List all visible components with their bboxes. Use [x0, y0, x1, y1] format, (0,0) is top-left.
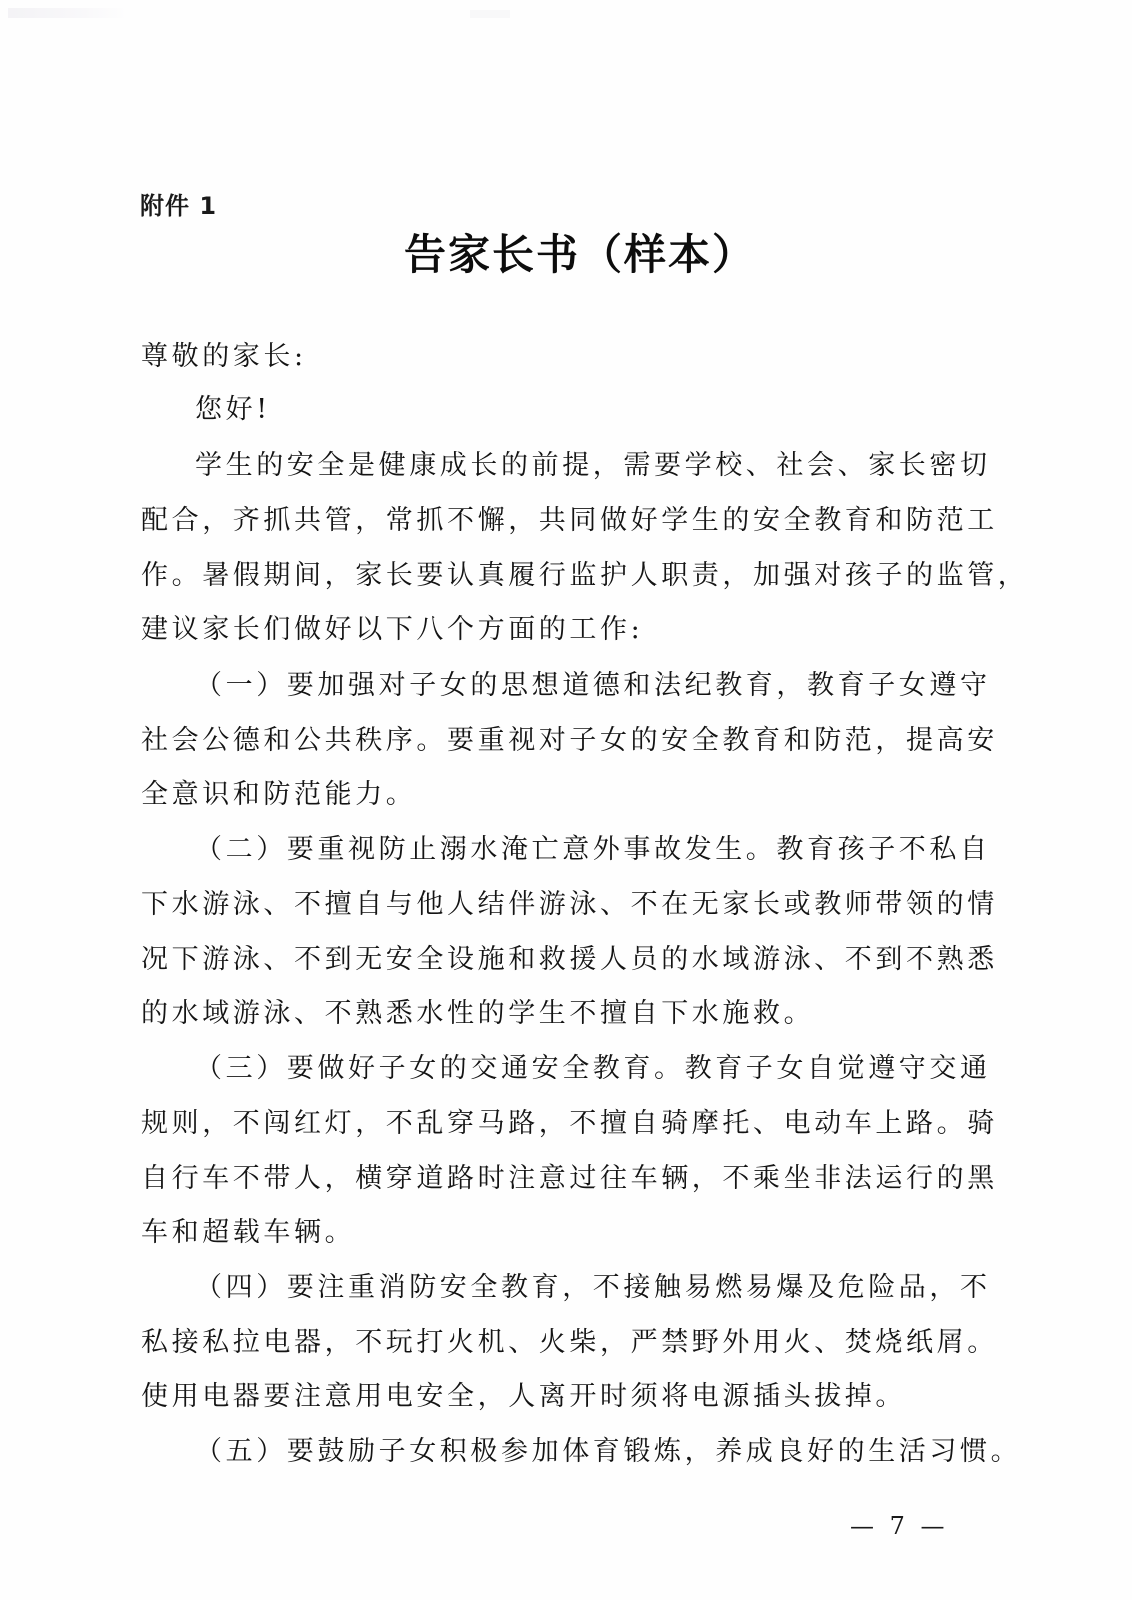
paragraph-line: 作。暑假期间，家长要认真履行监护人职责，加强对孩子的监管， [141, 549, 1028, 603]
paragraph-line: 学生的安全是健康成长的前提，需要学校、社会、家长密切 [195, 439, 991, 493]
scan-artifact [470, 10, 510, 18]
section-one-line: 全意识和防范能力。 [141, 768, 416, 822]
document-title: 告家长书（样本） [0, 222, 1132, 282]
section-two-line: 下水游泳、不擅自与他人结伴游泳、不在无家长或教师带领的情 [141, 878, 998, 932]
section-five-line: （五）要鼓励子女积极参加体育锻炼，养成良好的生活习惯。 [195, 1425, 1021, 1479]
salutation: 尊敬的家长: [141, 330, 307, 384]
section-one-line: （一）要加强对子女的思想道德和法纪教育，教育子女遵守 [195, 659, 991, 713]
section-one-line: 社会公德和公共秩序。要重视对子女的安全教育和防范，提高安 [141, 714, 998, 768]
section-two-line: 况下游泳、不到无安全设施和救援人员的水域游泳、不到不熟悉 [141, 933, 998, 987]
section-three-line: 自行车不带人，横穿道路时注意过往车辆，不乘坐非法运行的黑 [141, 1152, 998, 1206]
section-three-line: （三）要做好子女的交通安全教育。教育子女自觉遵守交通 [195, 1042, 991, 1096]
attachment-label: 附件 1 [140, 186, 217, 221]
document-page: 附件 1 告家长书（样本） 尊敬的家长: 您好! 学生的安全是健康成长的前提，需… [0, 0, 1132, 1600]
paragraph-line: 建议家长们做好以下八个方面的工作: [141, 603, 643, 657]
paragraph-line: 配合，齐抓共管，常抓不懈，共同做好学生的安全教育和防范工 [141, 494, 998, 548]
scan-artifact [8, 8, 128, 18]
section-two-line: （二）要重视防止溺水淹亡意外事故发生。教育孩子不私自 [195, 823, 991, 877]
section-four-line: 私接私拉电器，不玩打火机、火柴，严禁野外用火、焚烧纸屑。 [141, 1316, 998, 1370]
section-three-line: 车和超载车辆。 [141, 1206, 355, 1260]
section-four-line: 使用电器要注意用电安全，人离开时须将电源插头拔掉。 [141, 1370, 906, 1424]
section-two-line: 的水域游泳、不熟悉水性的学生不擅自下水施救。 [141, 987, 814, 1041]
page-number: — 7 — [850, 1512, 949, 1540]
greeting: 您好! [195, 383, 271, 437]
section-four-line: （四）要注重消防安全教育，不接触易燃易爆及危险品，不 [195, 1261, 991, 1315]
section-three-line: 规则，不闯红灯，不乱穿马路，不擅自骑摩托、电动车上路。骑 [141, 1097, 998, 1151]
